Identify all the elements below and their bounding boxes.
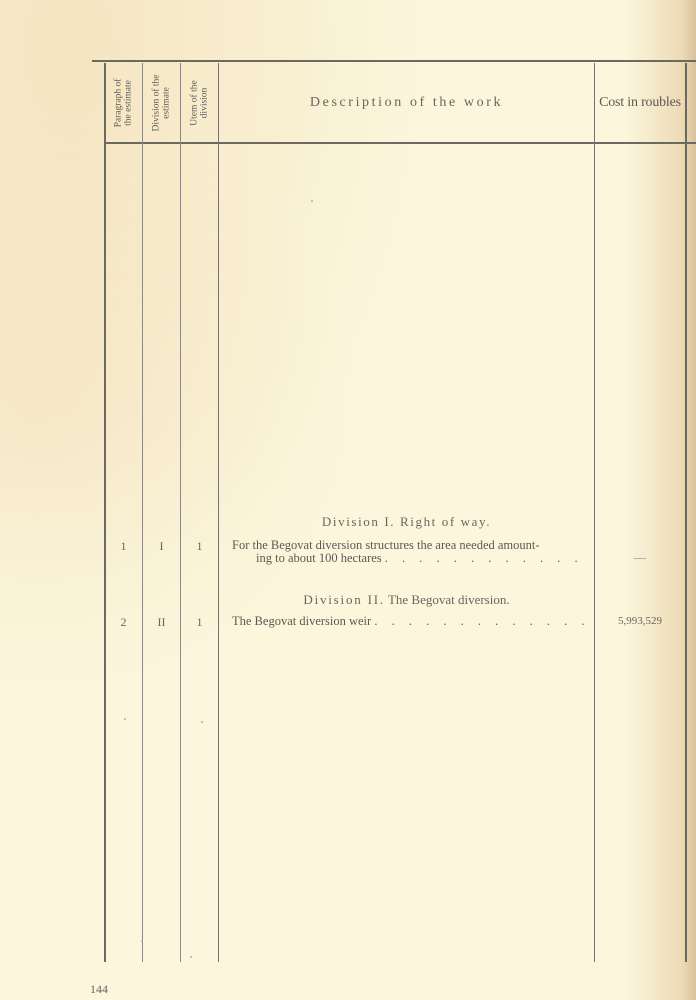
leader-dots: . . . . . . . . . . . . . . . . . (374, 614, 590, 628)
header-division: Division of the estimate (143, 63, 180, 142)
row-cost: 5,993,529 (595, 615, 685, 627)
column-divider-paragraph (142, 63, 143, 962)
row-paragraph: 1 (105, 539, 142, 554)
row-item: 1 (181, 615, 218, 630)
header-bottom-rule (104, 142, 696, 144)
division-heading: Division II. The Begovat diversion. (219, 592, 594, 608)
paper-speck (311, 200, 313, 202)
row-description-line2: ing to about 100 hectares . . . . . . . … (256, 551, 590, 566)
table-right-border (685, 63, 687, 962)
division-heading-rest: The Begovat diversion. (388, 592, 510, 607)
row-description-text: ing to about 100 hectares (256, 551, 382, 565)
header-paragraph-line2: the estimate (124, 78, 134, 127)
header-paragraph: Paragraph of the estimate (105, 63, 142, 142)
paper-speck (141, 940, 143, 942)
column-divider-description (594, 63, 595, 962)
header-cost: Cost in roubles (595, 63, 685, 142)
row-division: II (143, 615, 180, 630)
column-divider-item (218, 63, 219, 962)
row-description-line1: The Begovat diversion weir . . . . . . .… (232, 614, 590, 629)
header-paragraph-line1: Paragraph of (114, 78, 124, 127)
header-division-line1: Division of the (152, 74, 162, 131)
column-divider-division (180, 63, 181, 962)
header-description: Description of the work (219, 63, 594, 142)
table-left-border (104, 63, 106, 962)
row-cost: — (595, 550, 685, 565)
division-heading: Division I. Right of way. (219, 514, 594, 530)
leader-dots: . . . . . . . . . . . . . . . . (385, 551, 590, 565)
paper-speck (190, 956, 192, 958)
row-division: I (143, 539, 180, 554)
paper-speck (201, 721, 203, 723)
header-item-line1: Utem of the (190, 80, 200, 125)
paper-speck (124, 718, 126, 720)
row-item: 1 (181, 539, 218, 554)
header-item: Utem of the division (181, 63, 218, 142)
header-division-line2: estimate (162, 74, 172, 131)
division-heading-prefix: Division II. (303, 592, 385, 607)
page-number: 144 (90, 982, 108, 997)
row-description-text: The Begovat diversion weir (232, 614, 371, 628)
table-top-rule (92, 60, 696, 62)
row-paragraph: 2 (105, 615, 142, 630)
header-item-line2: division (200, 80, 210, 125)
